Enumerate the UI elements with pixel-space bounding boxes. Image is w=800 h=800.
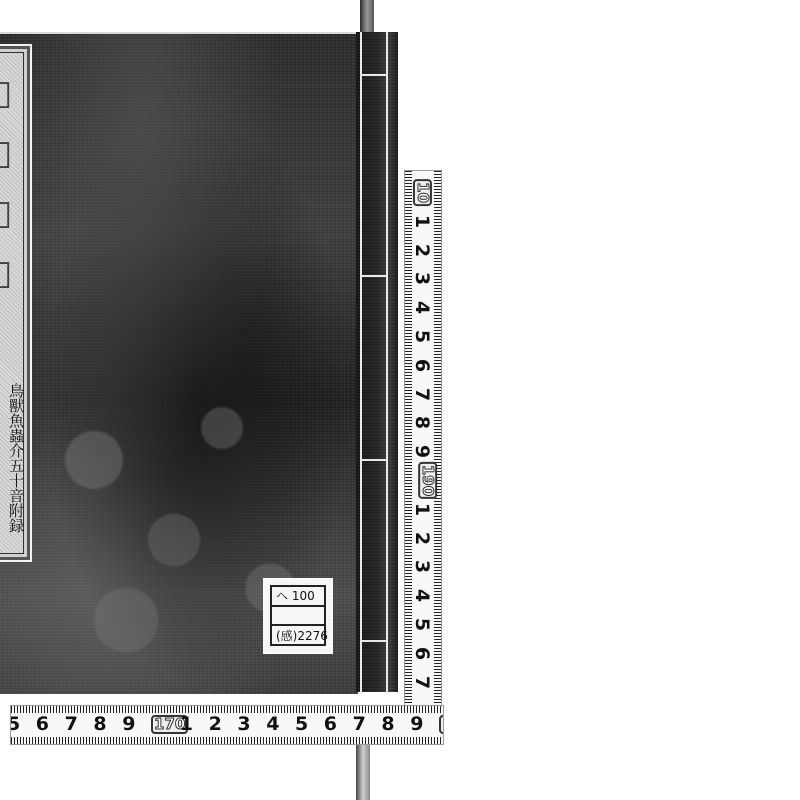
ruler-label: 6 bbox=[324, 715, 337, 734]
binding-thread bbox=[386, 32, 388, 692]
title-slip: ▯▯▯▯ 鳥獸魚蟲介五十音附録 bbox=[0, 44, 32, 562]
ruler-label: 190 bbox=[418, 462, 437, 499]
ruler-label: 3 bbox=[412, 560, 431, 573]
ruler-label: 6 bbox=[412, 359, 431, 372]
ruler-label: 5 bbox=[10, 715, 20, 734]
ruler-label: 4 bbox=[412, 301, 431, 314]
ruler-label: 3 bbox=[412, 272, 431, 285]
ruler-label: 1 bbox=[412, 503, 431, 516]
binding-stitch bbox=[360, 459, 388, 461]
ruler-label: 18 bbox=[439, 715, 444, 734]
ruler-label: 9 bbox=[122, 715, 135, 734]
ruler-label: 5 bbox=[295, 715, 308, 734]
label-blank-row bbox=[272, 607, 324, 627]
binding-stitch bbox=[360, 275, 388, 277]
ruler-label: 6 bbox=[36, 715, 49, 734]
ruler-label: 7 bbox=[412, 387, 431, 400]
ruler-label: 7 bbox=[412, 675, 431, 688]
ruler-label: 1 bbox=[412, 215, 431, 228]
ruler-label: 8 bbox=[93, 715, 106, 734]
ruler-label: 1 bbox=[180, 715, 193, 734]
horizontal-ruler: 5678917012345678918 bbox=[10, 705, 444, 745]
binding-stick-top bbox=[360, 0, 374, 32]
binding-thread bbox=[360, 32, 362, 692]
ruler-label: 2 bbox=[412, 531, 431, 544]
ruler-label: 4 bbox=[266, 715, 279, 734]
ruler-label: 2 bbox=[209, 715, 222, 734]
ruler-label: 6 bbox=[412, 647, 431, 660]
ruler-label: 10 bbox=[413, 179, 432, 206]
ruler-label: 9 bbox=[412, 445, 431, 458]
ruler-label: 8 bbox=[381, 715, 394, 734]
label-classification: ヘ 100 bbox=[272, 587, 324, 607]
ruler-label: 7 bbox=[65, 715, 78, 734]
title-main: ▯▯▯▯ bbox=[0, 73, 18, 313]
ruler-label: 9 bbox=[410, 715, 423, 734]
title-slip-frame: ▯▯▯▯ 鳥獸魚蟲介五十音附録 bbox=[0, 52, 24, 554]
ruler-label: 5 bbox=[412, 618, 431, 631]
ruler-label: 8 bbox=[412, 416, 431, 429]
ruler-label: 5 bbox=[412, 330, 431, 343]
ruler-label: 3 bbox=[237, 715, 250, 734]
library-label-frame: ヘ 100 (感)2276 bbox=[270, 585, 326, 646]
title-subtitle: 鳥獸魚蟲介五十音附録 bbox=[5, 383, 25, 533]
ruler-label: 2 bbox=[412, 243, 431, 256]
library-label: ヘ 100 (感)2276 bbox=[263, 578, 333, 654]
ruler-label: 7 bbox=[353, 715, 366, 734]
binding-stick-bottom bbox=[356, 745, 370, 800]
ruler-label: 4 bbox=[412, 589, 431, 602]
binding-stitch bbox=[360, 74, 388, 76]
binding-stitch bbox=[360, 640, 388, 642]
vertical-ruler: 1012345678919012345678 bbox=[404, 170, 442, 707]
book-spine bbox=[356, 32, 398, 692]
label-call-number: (感)2276 bbox=[272, 626, 324, 644]
